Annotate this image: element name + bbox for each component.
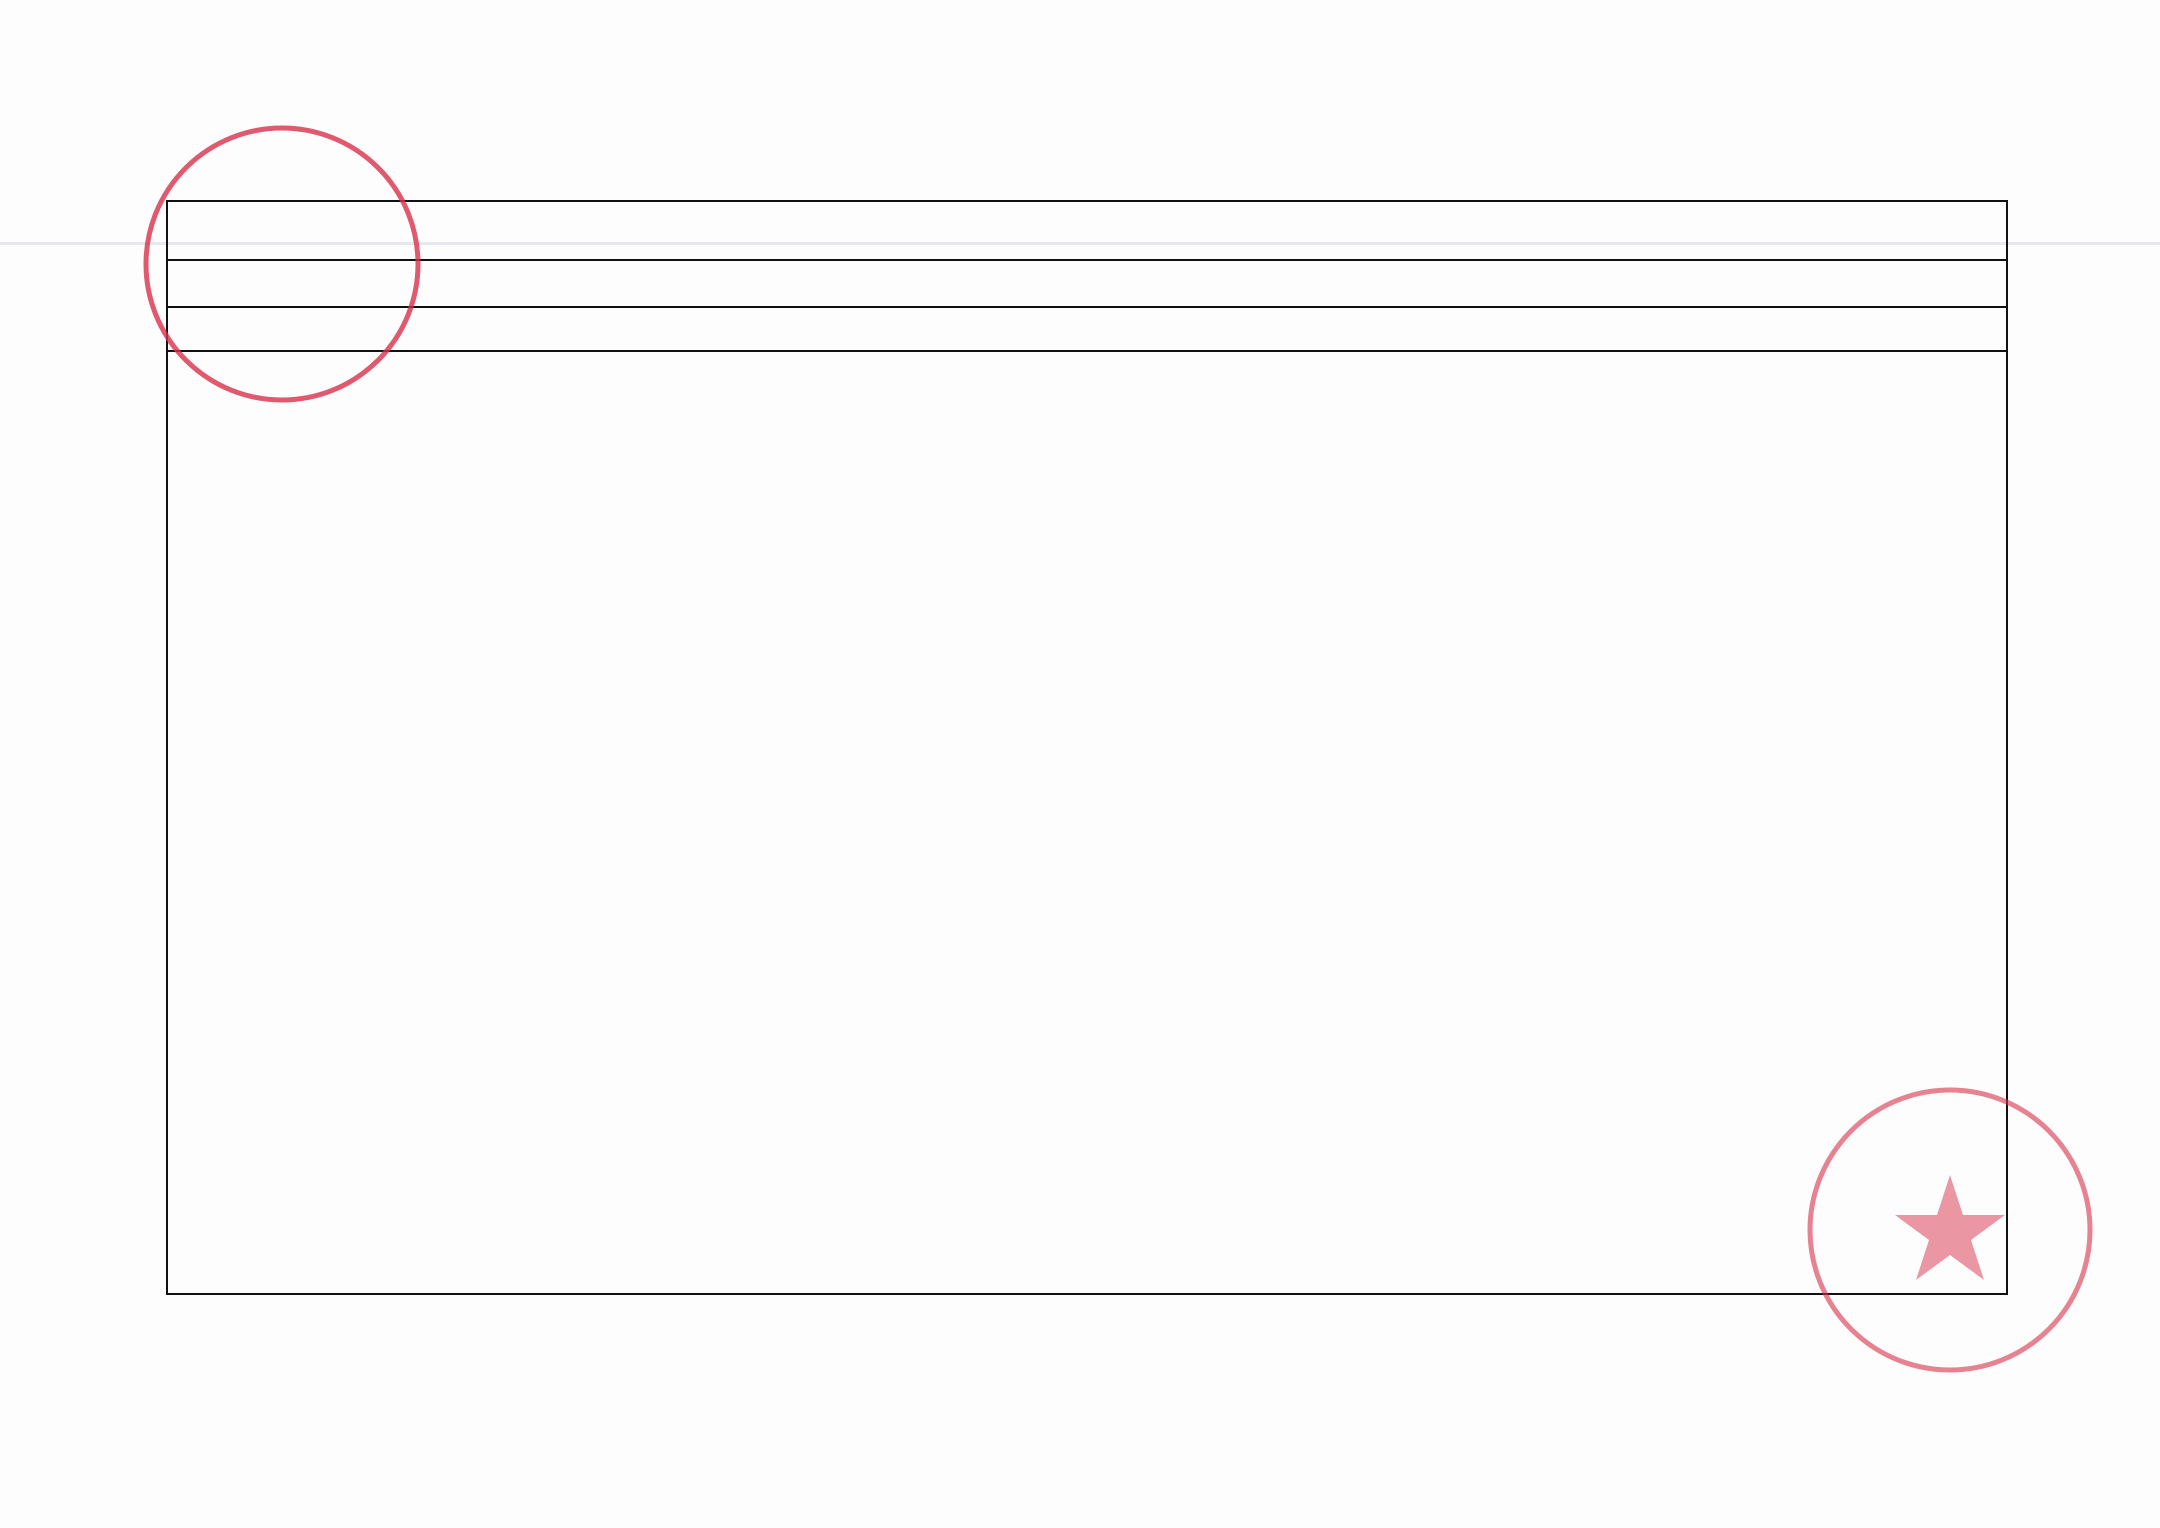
rule [166, 350, 2008, 352]
table-frame [166, 200, 2008, 1295]
rule [166, 306, 2008, 308]
rule [166, 259, 2008, 261]
scanned-document-page [0, 0, 2160, 1528]
document-title [168, 201, 2006, 259]
